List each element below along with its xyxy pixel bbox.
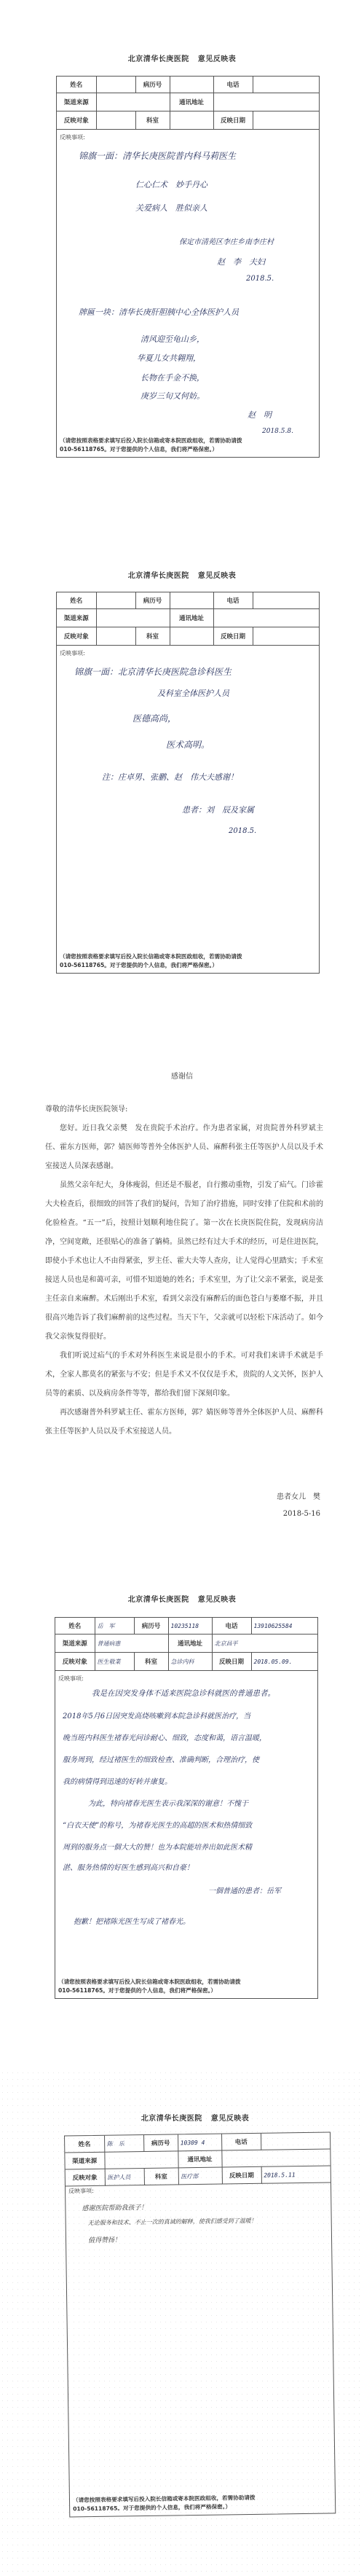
record-no-label: 病历号: [143, 2134, 178, 2151]
form-subtitle: 意见反映表: [211, 2115, 250, 2123]
date-value[interactable]: 2018.5.11: [261, 2166, 331, 2183]
channel-value[interactable]: [104, 2151, 178, 2169]
target-value[interactable]: 医护人员: [105, 2169, 144, 2186]
hospital-name: 北京清华长庚医院: [141, 2115, 202, 2123]
handwritten-line: 无论服务和技术、不止一次的真诚的解释，使我们感受到了温暖！: [88, 2217, 257, 2227]
target-label: 反映对象: [66, 2169, 105, 2186]
handwritten-line: 感谢医院帮助我孩子！: [82, 2202, 147, 2212]
department-value[interactable]: 医疗部: [178, 2167, 222, 2185]
phone-value[interactable]: [261, 2132, 330, 2150]
record-no-value[interactable]: 10309 4: [178, 2134, 221, 2151]
name-label: 姓名: [65, 2136, 104, 2153]
name-value[interactable]: 陈 乐: [104, 2135, 143, 2152]
feedback-form-4: 北京清华长庚医院意见反映表 姓名 陈 乐 病历号 10309 4 电话 渠道来源…: [0, 0, 364, 2576]
channel-label: 渠道来源: [65, 2152, 104, 2169]
department-label: 科室: [144, 2168, 178, 2185]
phone-label: 电话: [221, 2134, 261, 2150]
handwritten-line: 值得赞扬！: [88, 2234, 121, 2244]
address-value[interactable]: [221, 2149, 330, 2167]
info-table: 姓名 陈 乐 病历号 10309 4 电话 渠道来源 通讯地址 反映对象 医护人…: [65, 2132, 331, 2186]
address-label: 通讯地址: [178, 2150, 221, 2168]
form-title: 北京清华长庚医院意见反映表: [13, 2112, 364, 2123]
form-box: 姓名 陈 乐 病历号 10309 4 电话 渠道来源 通讯地址 反映对象 医护人…: [64, 2131, 336, 2517]
footer-note: （请您按照表格要求填写后投入院长信箱或寄本院医政组收，若需协助请拨 010-56…: [73, 2493, 328, 2514]
matter-label: 反映事项:: [68, 2187, 94, 2195]
date-label: 反映日期: [222, 2166, 261, 2184]
